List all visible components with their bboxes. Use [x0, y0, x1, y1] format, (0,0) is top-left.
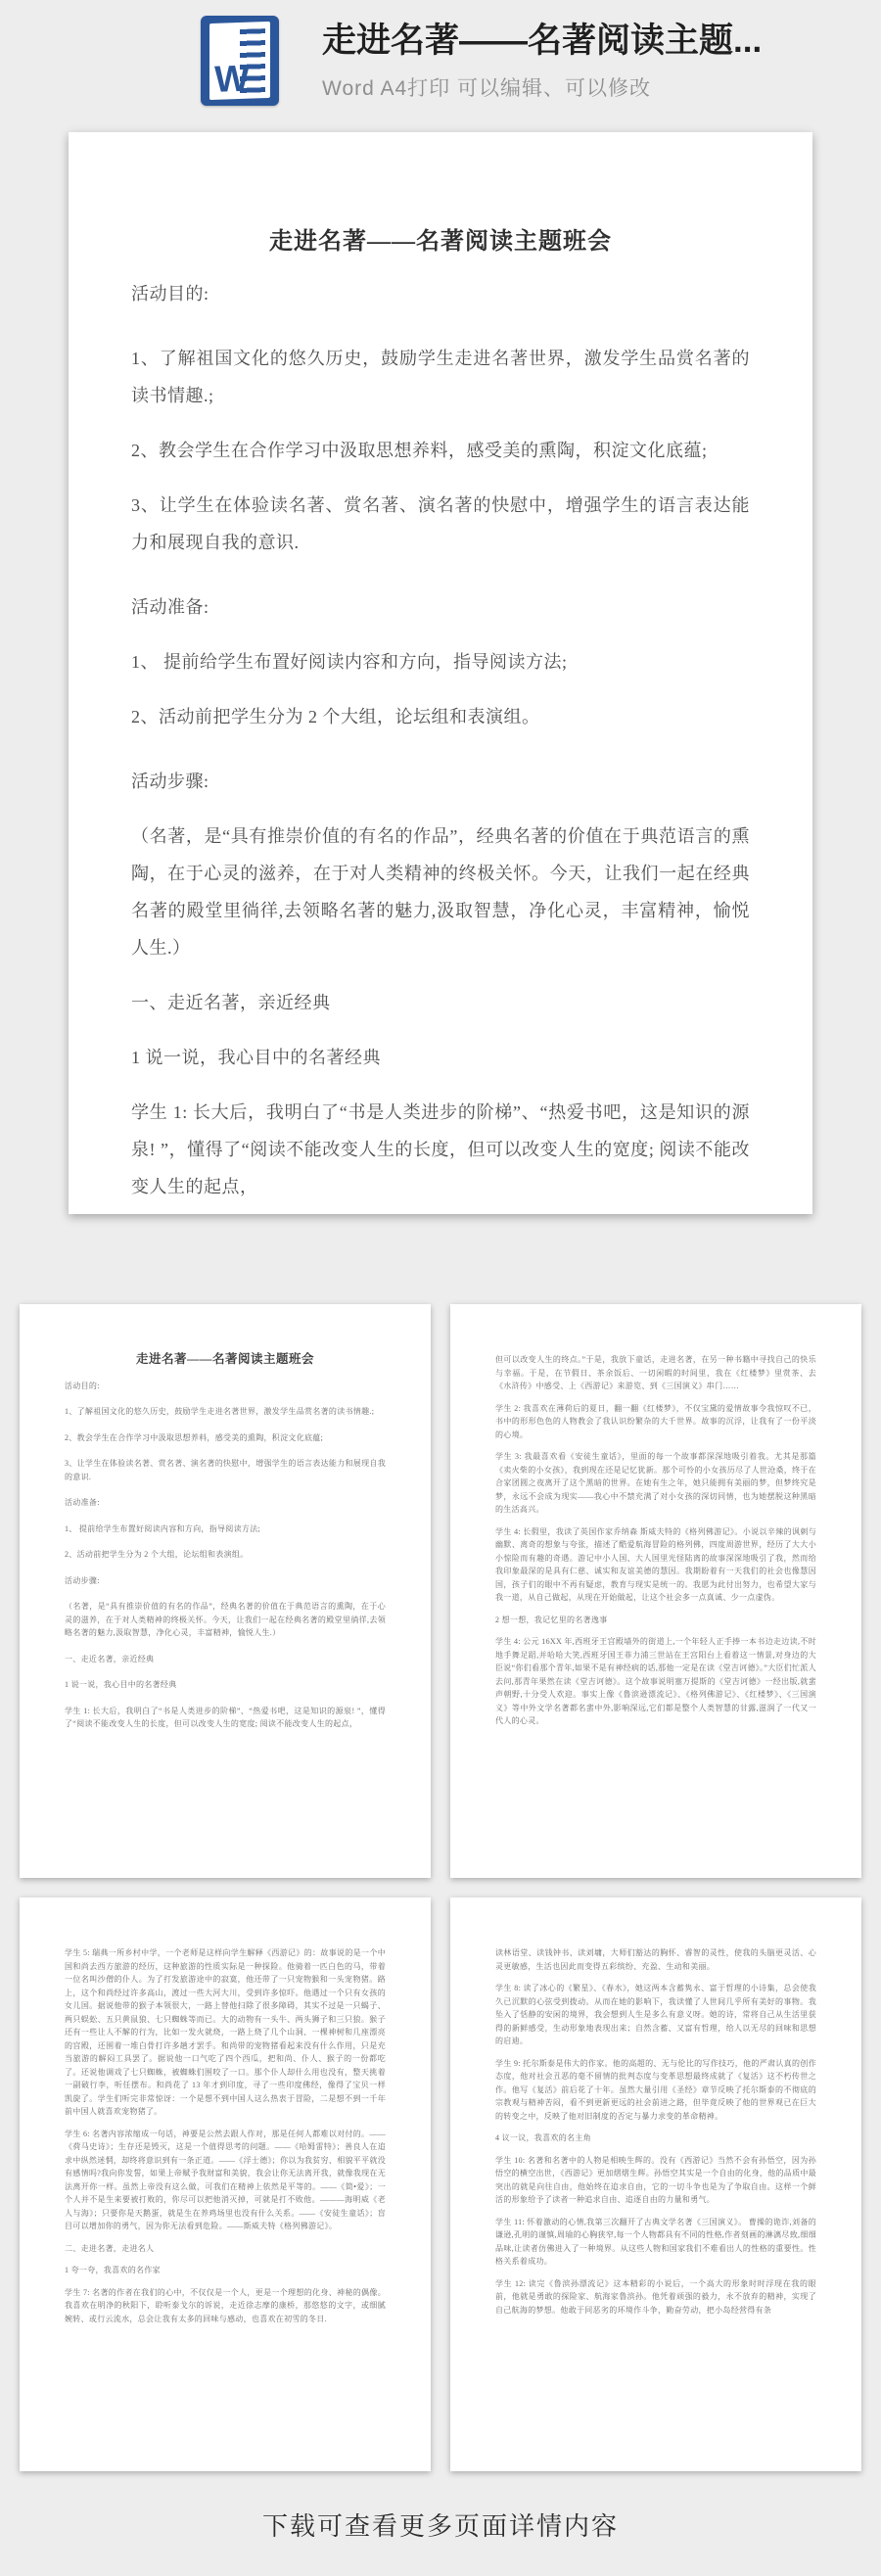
paragraph: 学生 8: 读了冰心的《繁星》、《春水》，她这两本含蓄隽永、富于哲理的小诗集，总…: [495, 1982, 816, 2048]
paragraph: 学生 3: 我最喜欢看《安徒生童话》，里面的每一个故事都深深地吸引着我。尤其是那…: [495, 1450, 816, 1517]
paragraph: （名著，是“具有推崇价值的有名的作品”，经典名著的价值在于典范语言的熏陶，在于心…: [131, 818, 750, 966]
paragraph: 一、走近名著，亲近经典: [131, 984, 750, 1021]
page-1-content: 走进名著——名著阅读主题班会活动目的:1、了解祖国文化的悠久历史，鼓励学生走进名…: [131, 226, 750, 1205]
paragraph: 2、活动前把学生分为 2 个大组，论坛组和表演组。: [131, 698, 750, 735]
thumbnail-grid: 走进名著——名著阅读主题班会活动目的:1、了解祖国文化的悠久历史，鼓励学生走进名…: [20, 1304, 861, 2471]
paragraph: 学生 4: 公元 16XX 年,西班牙王宫殿墙外的街道上,一个年轻人正手捧一本书…: [495, 1635, 816, 1728]
paragraph: 学生 1: 长大后，我明白了“书是人类进步的阶梯”、“热爱书吧，这是知识的源泉!…: [65, 1705, 386, 1731]
paragraph: 活动目的:: [65, 1380, 386, 1393]
page-4-thumb-content: 读林语堂、读钱钟书、读刘墉，大师们豁达的胸怀、睿智的灵性，使我的头脑更灵活、心灵…: [450, 1897, 861, 2345]
page-preview-large[interactable]: 走进名著——名著阅读主题班会活动目的:1、了解祖国文化的悠久历史，鼓励学生走进名…: [69, 132, 812, 1214]
paragraph: 1、 提前给学生布置好阅读内容和方向，指导阅读方法;: [65, 1522, 386, 1536]
document-title: 走进名著——名著阅读主题...: [322, 22, 762, 61]
paragraph: 但可以改变人生的终点。”于是，我放下童话，走进名著，在另一种书籍中寻找自己的快乐…: [495, 1353, 816, 1393]
paragraph: 活动准备:: [131, 588, 750, 626]
word-icon-page: W: [209, 22, 270, 100]
paragraph: 1、了解祖国文化的悠久历史，鼓励学生走进名著世界，激发学生品赏名著的读书情趣.;: [65, 1405, 386, 1419]
paragraph: 学生 4: 长假里，我读了英国作家乔纳森 斯威夫特的《格列佛游记》。小说以辛辣的…: [495, 1525, 816, 1605]
document-subtitle: Word A4打印 可以编辑、可以修改: [322, 72, 762, 102]
paragraph: 二、走进名著，走进名人: [65, 2242, 386, 2256]
paragraph: 学生 2: 我喜欢在薄荷后的夏日，翻一翻《红楼梦》，不仅宝黛的爱情故事令我惊叹不…: [495, 1402, 816, 1442]
page-3-thumb-content: 学生 5: 瑞典一所乡村中学，一个老师是这样向学生解释《西游记》的：故事说的是一…: [20, 1897, 431, 2354]
paragraph: 1 说一说，我心目中的名著经典: [65, 1678, 386, 1692]
page-thumbnail-1[interactable]: 走进名著——名著阅读主题班会活动目的:1、了解祖国文化的悠久历史，鼓励学生走进名…: [20, 1304, 431, 1878]
page-thumbnail-2[interactable]: 但可以改变人生的终点。”于是，我放下童话，走进名著，在另一种书籍中寻找自己的快乐…: [450, 1304, 861, 1878]
paragraph: 学生 1: 长大后，我明白了“书是人类进步的阶梯”、“热爱书吧，这是知识的源泉!…: [131, 1094, 750, 1205]
paragraph: 1、了解祖国文化的悠久历史，鼓励学生走进名著世界，激发学生品赏名著的读书情趣.;: [131, 340, 750, 414]
paragraph: 2、教会学生在合作学习中汲取思想养料，感受美的熏陶，积淀文化底蕴;: [65, 1431, 386, 1445]
paragraph: 活动步骤:: [65, 1574, 386, 1588]
paragraph: 走进名著——名著阅读主题班会: [131, 226, 750, 258]
document-preview-screen: W 走进名著——名著阅读主题... Word A4打印 可以编辑、可以修改 走进…: [0, 0, 881, 2576]
paragraph: 3、让学生在体验读名著、赏名著、演名著的快慰中，增强学生的语言表达能力和展现自我…: [65, 1457, 386, 1483]
download-hint-text: 下载可查看更多页面详情内容: [0, 2506, 881, 2543]
paragraph: 活动准备:: [65, 1496, 386, 1510]
paragraph: 活动目的:: [131, 275, 750, 312]
paragraph: 读林语堂、读钱钟书、读刘墉，大师们豁达的胸怀、睿智的灵性，使我的头脑更灵活、心灵…: [495, 1946, 816, 1973]
paragraph: 1、 提前给学生布置好阅读内容和方向，指导阅读方法;: [131, 643, 750, 680]
page-2-thumb-content: 但可以改变人生的终点。”于是，我放下童话，走进名著，在另一种书籍中寻找自己的快乐…: [450, 1304, 861, 1756]
header-text: 走进名著——名著阅读主题... Word A4打印 可以编辑、可以修改: [322, 16, 762, 102]
word-file-icon: W: [201, 16, 279, 106]
paragraph: 学生 7: 名著的作者在我们的心中，不仅仅是一个人，更是一个理想的化身、神秘的偶…: [65, 2286, 386, 2326]
paragraph: 学生 9: 托尔斯泰是伟大的作家。他的高超的、无与伦比的写作技巧，他的严肃认真的…: [495, 2057, 816, 2124]
paragraph: 走进名著——名著阅读主题班会: [65, 1353, 386, 1367]
paragraph: 一、走近名著，亲近经典: [65, 1653, 386, 1666]
paragraph: 学生 5: 瑞典一所乡村中学，一个老师是这样向学生解释《西游记》的：故事说的是一…: [65, 1946, 386, 2119]
paragraph: （名著，是“具有推崇价值的有名的作品”，经典名著的价值在于典范语言的熏陶，在于心…: [65, 1600, 386, 1640]
paragraph: 2、活动前把学生分为 2 个大组，论坛组和表演组。: [65, 1548, 386, 1562]
paragraph: 学生 12: 读完《鲁滨孙漂流记》这本精彩的小说后，一个高大的形象时时浮现在我的…: [495, 2277, 816, 2318]
paragraph: 3、让学生在体验读名著、赏名著、演名著的快慰中，增强学生的语言表达能力和展现自我…: [131, 487, 750, 561]
page-1-thumb-content: 走进名著——名著阅读主题班会活动目的:1、了解祖国文化的悠久历史，鼓励学生走进名…: [20, 1304, 431, 1763]
paragraph: 活动步骤:: [131, 763, 750, 800]
paragraph: 2、教会学生在合作学习中汲取思想养料，感受美的熏陶，积淀文化底蕴;: [131, 432, 750, 469]
paragraph: 1 夸一夸，我喜欢的名作家: [65, 2264, 386, 2277]
paragraph: 学生 6: 名著内容浓缩成一句话，神要是公然去跟人作对，那是任何人都难以对付的。…: [65, 2128, 386, 2233]
paragraph: 2 想一想，我记忆里的名著逸事: [495, 1614, 816, 1627]
page-thumbnail-4[interactable]: 读林语堂、读钱钟书、读刘墉，大师们豁达的胸怀、睿智的灵性，使我的头脑更灵活、心灵…: [450, 1897, 861, 2471]
word-icon-text-lines: [240, 28, 265, 94]
paragraph: 4 议一议，我喜欢的名主角: [495, 2131, 816, 2145]
header: W 走进名著——名著阅读主题... Word A4打印 可以编辑、可以修改: [0, 0, 881, 132]
page-thumbnail-3[interactable]: 学生 5: 瑞典一所乡村中学，一个老师是这样向学生解释《西游记》的：故事说的是一…: [20, 1897, 431, 2471]
paragraph: 学生 11: 怀着激动的心情,我第三次翻开了古典文学名著《三国演义》。 曹操的诡…: [495, 2216, 816, 2269]
paragraph: 1 说一说，我心目中的名著经典: [131, 1039, 750, 1076]
paragraph: 学生 10: 名著和名著中的人物是相映生辉的。没有《西游记》当然不会有孙悟空，因…: [495, 2154, 816, 2207]
